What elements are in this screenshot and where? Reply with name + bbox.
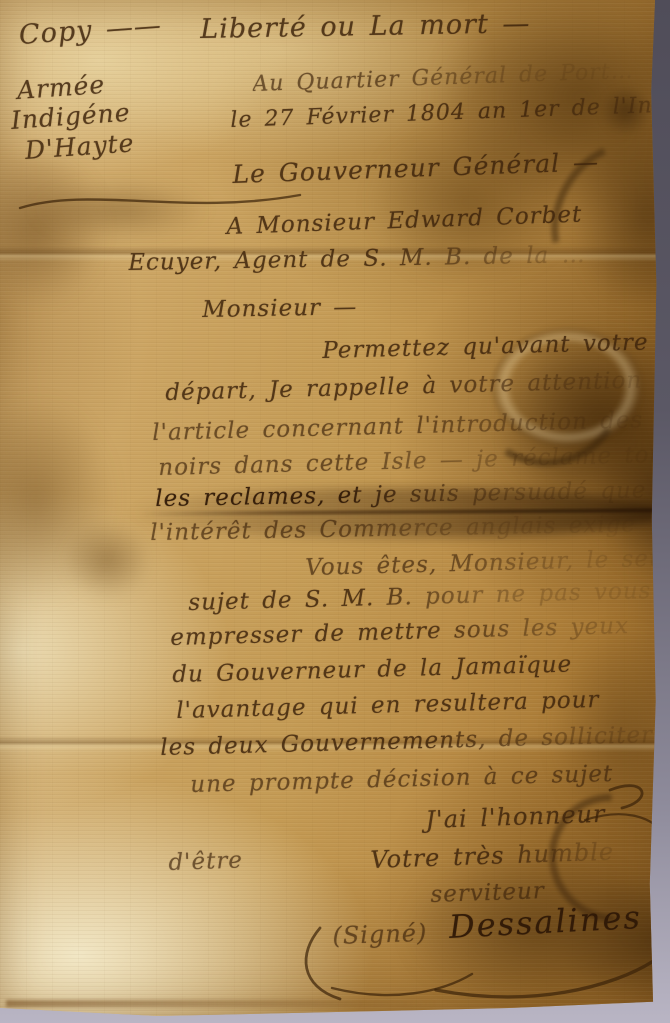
- scanned-letter: Copy —— Liberté ou La mort — Armée Indig…: [0, 0, 670, 1023]
- pen-flourishes: [0, 0, 670, 1023]
- paper: Copy —— Liberté ou La mort — Armée Indig…: [0, 0, 657, 1016]
